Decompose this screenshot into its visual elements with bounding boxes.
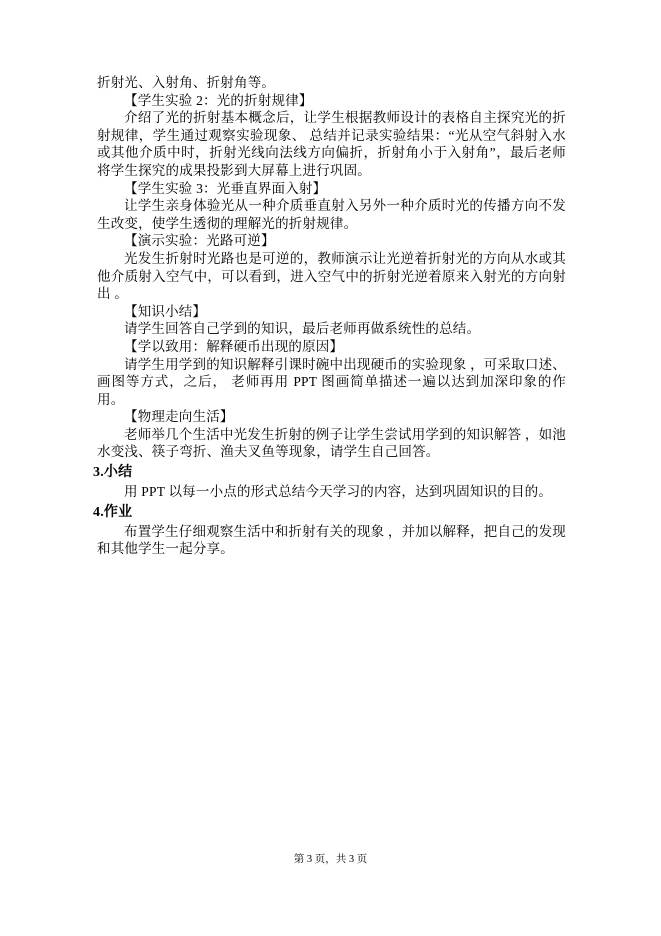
heading-apply-knowledge: 【学以致用：解释硬币出现的原因】 <box>97 338 566 356</box>
section-heading-summary: 3.小结 <box>93 464 566 482</box>
paragraph-physics-to-life-description: 老师举几个生活中光发生折射的例子让学生尝试用学到的知识解答 ，如池水变浅、筷子弯… <box>97 426 566 461</box>
paragraph-homework-description: 布置学生仔细观察生活中和折射有关的现象 ，并加以解释，把自己的发现和其他学生一起… <box>97 523 566 558</box>
paragraph-knowledge-summary-description: 请学生回答自己学到的知识，最后老师再做系统性的总结。 <box>97 320 566 338</box>
paragraph-summary-description: 用 PPT 以每一小点的形式总结今天学习的内容，达到巩固知识的目的。 <box>97 483 566 501</box>
paragraph-continued: 折射光、入射角、折射角等。 <box>97 74 566 92</box>
heading-student-experiment-3: 【学生实验 3：光垂直界面入射】 <box>97 180 566 198</box>
paragraph-demo-experiment-description: 光发生折射时光路也是可逆的，教师演示让光逆着折射光的方向从水或其他介质射入空气中… <box>97 250 566 303</box>
document-body: 折射光、入射角、折射角等。 【学生实验 2：光的折射规律】 介绍了光的折射基本概… <box>97 74 566 558</box>
heading-demo-experiment: 【演示实验：光路可逆】 <box>97 232 566 250</box>
heading-physics-to-life: 【物理走向生活】 <box>97 408 566 426</box>
section-heading-homework: 4.作业 <box>93 504 566 522</box>
document-page: 折射光、入射角、折射角等。 【学生实验 2：光的折射规律】 介绍了光的折射基本概… <box>0 0 661 936</box>
heading-student-experiment-2: 【学生实验 2：光的折射规律】 <box>97 92 566 110</box>
paragraph-experiment-3-description: 让学生亲身体验光从一种介质垂直射入另外一种介质时光的传播方向不发生改变，使学生透… <box>97 197 566 232</box>
paragraph-apply-knowledge-description: 请学生用学到的知识解释引课时碗中出现硬币的实验现象 ，可采取口述、画图等方式，之… <box>97 356 566 409</box>
heading-knowledge-summary: 【知识小结】 <box>97 303 566 321</box>
paragraph-experiment-2-description: 介绍了光的折射基本概念后，让学生根据教师设计的表格自主探究光的折射规律，学生通过… <box>97 109 566 179</box>
page-number-footer: 第 3 页，共 3 页 <box>0 853 661 867</box>
